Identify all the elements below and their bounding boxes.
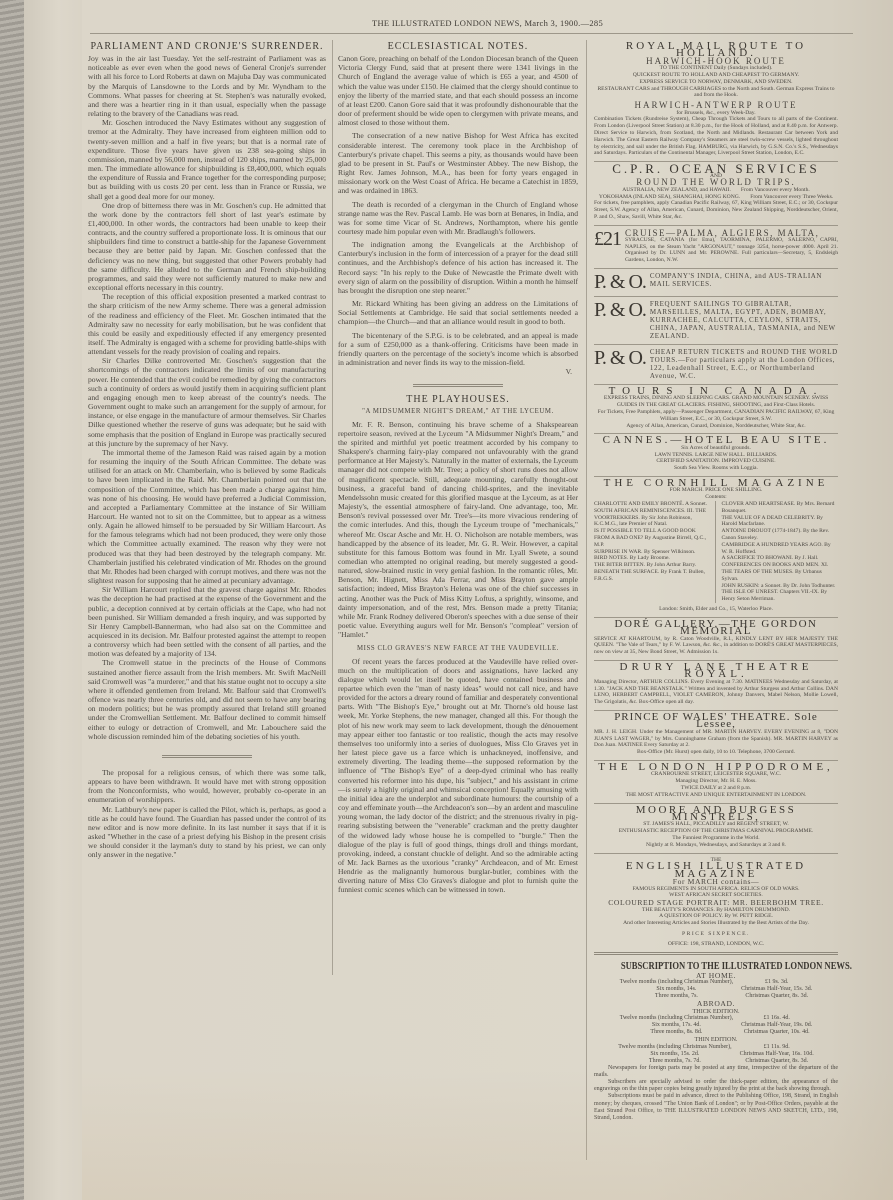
ad-royal-mail-route: ROYAL MAIL ROUTE TO HOLLAND. HARWICH-HOO… — [594, 40, 838, 162]
ad-details: SERVICE AT KHARTOUM, by R. Caton Woodvil… — [594, 636, 838, 656]
ad-cornhill-magazine: THE CORNHILL MAGAZINE FOR MARCH. PRICE O… — [594, 477, 838, 618]
rate-cell: Three months, 7s. 7d. — [614, 1058, 735, 1065]
ad-line: The Funniest Programme in the World. — [594, 835, 838, 842]
ad-title: CRUISE—PALMA, ALGIERS, MALTA, — [625, 229, 838, 237]
section-rule — [162, 755, 252, 758]
rates-table-thick: Twelve months (including Christmas Numbe… — [616, 1015, 817, 1036]
rate-cell: Christmas Half-Year, 16s. 10d. — [736, 1051, 818, 1058]
running-head: THE ILLUSTRATED LONDON NEWS, March 3, 19… — [82, 18, 893, 28]
article-paragraph: Mr. Goschen introduced the Navy Estimate… — [88, 118, 326, 200]
ad-drury-lane: DRURY LANE THEATRE ROYAL. Managing Direc… — [594, 661, 838, 711]
article-paragraph: Joy was in the air last Tuesday. Yet the… — [88, 54, 326, 118]
rates-table-home: Twelve months (including Christmas Numbe… — [616, 979, 817, 1000]
ad-line: COLOURED STAGE PORTRAIT: MR. BEERBOHM TR… — [594, 899, 838, 906]
ad-po-mail-services: P. & O.COMPANY'S INDIA, CHINA, and AUS-T… — [594, 269, 838, 297]
ad-subtitle: HARWICH-ANTWERP ROUTE — [594, 102, 838, 109]
ad-details: SYRACUSE, CATANIA (for Etna), TAORMINA, … — [625, 237, 838, 264]
article-paragraph: Canon Gore, preaching on behalf of the L… — [338, 54, 578, 127]
ad-cannes-hotel: CANNES.—HOTEL BEAU SITE. Six Acres of be… — [594, 434, 838, 477]
contents-item: ANTOINE DROUOT (1774-1847). By the Rev. … — [722, 528, 839, 542]
article-paragraph: The immortal theme of the Jameson Raid w… — [88, 448, 326, 585]
contents-item: IS IT POSSIBLE TO TELL A GOOD BOOK FROM … — [594, 528, 711, 548]
rate-cell: Twelve months (including Christmas Numbe… — [614, 1044, 735, 1051]
ad-text: CHEAP RETURN TICKETS and ROUND THE WORLD… — [650, 348, 838, 380]
article-paragraph: Sir Charles Dilke controverted Mr. Gosch… — [88, 356, 326, 448]
rate-cell: Christmas Half-Year, 19s. 0d. — [737, 1022, 816, 1029]
article-paragraph: The proposal for a religious census, of … — [88, 768, 326, 805]
rate-cell: Christmas Quarter, 8s. 3d. — [737, 993, 816, 1000]
ad-contents-label: Contents: — [594, 494, 838, 501]
contents-item: CLOVER AND HEARTSEASE. By Mrs. Bernard B… — [722, 501, 839, 515]
rate-cell: Christmas Half-Year, 15s. 3d. — [737, 986, 816, 993]
contents-item: THE VALUE OF A DEAD CELEBRITY. By Harold… — [722, 515, 839, 529]
rate-cell: Twelve months (including Christmas Numbe… — [616, 979, 737, 986]
article-title-playhouses: THE PLAYHOUSES. — [338, 395, 578, 404]
subscription-title: SUBSCRIPTION TO THE ILLUSTRATED LONDON N… — [621, 963, 811, 970]
ad-line: South Sea View. Rooms with Loggia. — [594, 465, 838, 472]
column-parliament: PARLIAMENT AND CRONJE'S SURRENDER. Joy w… — [88, 40, 326, 859]
column-divider-1 — [332, 40, 333, 975]
article-signature: V. — [338, 367, 578, 376]
ad-subtitle: ROUND THE WORLD TRIPS. — [594, 179, 838, 186]
ad-line: QUICKEST ROUTE TO HOLLAND AND CHEAPEST T… — [594, 72, 838, 79]
ad-text: FREQUENT SAILINGS TO GIBRALTAR, MARSEILL… — [650, 300, 838, 340]
column-divider-2 — [586, 40, 587, 1160]
ad-line: ST. JAMES'S HALL, PICCADILLY and REGENT … — [594, 821, 838, 828]
rate-cell: Six months, 17s. 4d. — [616, 1022, 737, 1029]
article-paragraph: The Cromwell statue in the precincts of … — [88, 658, 326, 740]
po-mark: P. & O. — [594, 300, 646, 320]
review-subtitle-vaudeville: MISS CLO GRAVES'S NEW FARCE AT THE VAUDE… — [338, 644, 578, 653]
ad-line: And other Interesting Articles and Stori… — [594, 920, 838, 927]
ad-title: DRURY LANE THEATRE ROYAL. — [594, 664, 838, 679]
rate-cell: £1 11s. 9d. — [736, 1044, 818, 1051]
ad-office: OFFICE: 198, STRAND, LONDON, W.C. — [594, 941, 838, 948]
ad-details: MR. J. H. LEIGH. Under the Management of… — [594, 729, 838, 749]
ad-moore-burgess: MOORE AND BURGESS MINSTRELS, ST. JAMES'S… — [594, 804, 838, 854]
ad-po-sailings: P. & O.FREQUENT SAILINGS TO GIBRALTAR, M… — [594, 297, 838, 345]
book-binding — [0, 0, 24, 1200]
ad-title: DORÉ GALLERY.—THE GORDON MEMORIAL — [594, 621, 838, 636]
rates-table-thin: Twelve months (including Christmas Numbe… — [614, 1044, 818, 1065]
ad-title: TOURS IN CANADA. — [594, 388, 838, 395]
ad-dore-gallery: DORÉ GALLERY.—THE GORDON MEMORIAL SERVIC… — [594, 618, 838, 661]
contents-item: CONFERENCES ON BOOKS AND MEN. XI. THE TE… — [722, 562, 839, 582]
article-paragraph: The death is recorded of a clergyman in … — [338, 200, 578, 237]
ad-route: AUSTRALIA, NEW ZEALAND, and HAWAII. — [622, 187, 731, 194]
contents-item: BENEATH THE SURFACE. By Frank T. Bullen,… — [594, 569, 711, 583]
head-rule — [90, 33, 853, 34]
contents-item: BIRD NOTES. By Lady Broome. — [594, 555, 711, 562]
contents-item: JOHN RUSKIN: a Sonnet. By Dr. John Todhu… — [722, 583, 839, 590]
article-paragraph: The reception of this official expositio… — [88, 292, 326, 356]
rate-cell: Six months, 14s. — [616, 986, 737, 993]
ad-line: ENTHUSIASTIC RECEPTION OF THE CHRISTMAS … — [594, 828, 838, 835]
ad-line: THE MOST ATTRACTIVE AND UNIQUE ENTERTAIN… — [594, 792, 838, 799]
article-paragraph: Of recent years the farces produced at t… — [338, 657, 578, 895]
ad-line: THE BEAUTY'S ROMANCES. By HAMILTON DRUMM… — [594, 907, 838, 914]
po-mark: P. & O. — [594, 348, 646, 368]
ad-line: CERTIFIED SANITATION. IMPROVED CUISINE. — [594, 458, 838, 465]
subscription-edition: THICK EDITION. — [594, 1008, 838, 1015]
ad-title: CANNES.—HOTEL BEAU SITE. — [594, 437, 838, 444]
ad-line: For Tickets, Free Pamphlets, apply—Passe… — [594, 409, 838, 423]
contents-list: CHARLOTTE AND EMILY BRONTË. A Sonnet. SO… — [594, 501, 838, 603]
newspaper-page: THE ILLUSTRATED LONDON NEWS, March 3, 19… — [82, 0, 893, 1200]
ad-english-illustrated: THE ENGLISH ILLUSTRATED MAGAZINE For MAR… — [594, 854, 838, 955]
ad-line: Box-Office (Mr. Hurst) open daily, 10 to… — [594, 749, 838, 756]
po-mark: P. & O. — [594, 272, 646, 292]
review-subtitle-lyceum: "A MIDSUMMER NIGHT'S DREAM," AT THE LYCE… — [338, 407, 578, 416]
ad-title: THE LONDON HIPPODROME, — [594, 764, 838, 771]
ad-line: FAMOUS REGIMENTS IN SOUTH AFRICA. RELICS… — [594, 886, 838, 893]
page-stain — [82, 1070, 893, 1200]
ad-price: PRICE SIXPENCE. — [594, 931, 838, 938]
ad-title: MOORE AND BURGESS MINSTRELS, — [594, 807, 838, 822]
contents-item: SURPRISE IN WAR. By Spenser Wilkinson. — [594, 549, 711, 556]
ad-london-hippodrome: THE LONDON HIPPODROME, CRANBOURNE STREET… — [594, 761, 838, 804]
ad-title: C.P.R. OCEAN SERVICES — [594, 165, 838, 172]
article-paragraph: Mr. Lathbury's new paper is called the P… — [88, 805, 326, 860]
ad-po-return-tickets: P. & O.CHEAP RETURN TICKETS and ROUND TH… — [594, 345, 838, 385]
article-paragraph: Mr. F. R. Benson, continuing his brave s… — [338, 420, 578, 640]
rate-cell: Six months, 15s. 2d. — [614, 1051, 735, 1058]
article-paragraph: Mr. Rickard Whiting has been giving an a… — [338, 299, 578, 326]
ad-publisher: London: Smith, Elder and Co., 15, Waterl… — [594, 606, 838, 613]
ad-route-frequency: From Vancouver every Month. — [741, 187, 810, 194]
ad-title: ENGLISH ILLUSTRATED MAGAZINE — [594, 863, 838, 878]
ad-line: EXPRESS SERVICE TO NORWAY, DENMARK, AND … — [594, 79, 838, 86]
ad-line: TWICE DAILY at 2 and 8 p.m. — [594, 785, 838, 792]
ad-line: EXPRESS TRAINS, DINING AND SLEEPING CARS… — [594, 395, 838, 409]
ad-line: RESTAURANT CARS and THROUGH CARRIAGES to… — [594, 86, 838, 100]
contents-item: THE ISLE OF UNREST. Chapters VII.-IX. By… — [722, 589, 839, 603]
ad-line: TO THE CONTINENT Daily (Sundays included… — [594, 65, 838, 72]
ad-price: £21 — [594, 229, 621, 249]
article-paragraph: The indignation among the Evangelicals a… — [338, 240, 578, 295]
ad-cruise: £21 CRUISE—PALMA, ALGIERS, MALTA, SYRACU… — [594, 226, 838, 269]
rate-cell: Christmas Quarter, 10s. 4d. — [737, 1029, 816, 1036]
ad-line: LAWN TENNIS. LARGE NEW HALL. BILLIARDS. — [594, 452, 838, 459]
section-rule — [413, 384, 503, 387]
ad-details: Managing Director, ARTHUR COLLINS. Every… — [594, 679, 838, 706]
article-paragraph: The consecration of a new native Bishop … — [338, 131, 578, 195]
ad-details: For tickets, free pamphlets, apply Canad… — [594, 200, 838, 220]
ad-line: Agency of Allan, American, Cunard, Domin… — [594, 423, 838, 430]
article-title-ecclesiastical: ECCLESIASTICAL NOTES. — [338, 42, 578, 51]
contents-item: CHARLOTTE AND EMILY BRONTË. A Sonnet. — [594, 501, 711, 508]
rate-cell: Three months, 8s. 8d. — [616, 1029, 737, 1036]
ad-subtitle: For MARCH contains— — [594, 878, 838, 885]
ad-title: THE CORNHILL MAGAZINE — [594, 480, 838, 487]
article-paragraph: Sir William Harcourt replied that the gr… — [88, 585, 326, 658]
ad-tours-canada: TOURS IN CANADA. EXPRESS TRAINS, DINING … — [594, 385, 838, 434]
rate-cell: Christmas Quarter, 8s. 3d. — [736, 1058, 818, 1065]
ad-line: Managing Director, Mr. H. E. Moss. — [594, 778, 838, 785]
ad-prince-of-wales: PRINCE OF WALES' THEATRE. Sole Lessee, M… — [594, 711, 838, 761]
contents-item: SOUTH AFRICAN REMINISCENCES. III. THE VO… — [594, 508, 711, 528]
ad-title: PRINCE OF WALES' THEATRE. Sole Lessee, — [594, 714, 838, 729]
subscription-heading: ABROAD. — [594, 1000, 838, 1007]
rate-cell: Twelve months (including Christmas Numbe… — [616, 1015, 737, 1022]
article-paragraph: One drop of bitterness there was in Mr. … — [88, 201, 326, 293]
ad-cpr-ocean-services: C.P.R. OCEAN SERVICES AND ROUND THE WORL… — [594, 162, 838, 226]
article-paragraph: The bicentenary of the S.P.G. is to be c… — [338, 331, 578, 368]
subscription-edition: THIN EDITION. — [594, 1036, 838, 1043]
contents-item: A SACRIFICE TO BHOWANI. By J. Hall. — [722, 555, 839, 562]
column-advertisements: ROYAL MAIL ROUTE TO HOLLAND. HARWICH-HOO… — [594, 40, 838, 1122]
contents-item: CAMBRIDGE A HUNDRED YEARS AGO. By W. R. … — [722, 542, 839, 556]
ad-text: COMPANY'S INDIA, CHINA, and AUS-TRALIAN … — [650, 272, 838, 288]
column-ecclesiastical: ECCLESIASTICAL NOTES. Canon Gore, preach… — [338, 40, 578, 895]
ad-details: Combination Tickets (Rundreise System), … — [594, 116, 838, 157]
article-title-parliament: PARLIAMENT AND CRONJE'S SURRENDER. — [88, 42, 326, 51]
contents-item: THE BITER BITTEN. By John Arthur Barry. — [594, 562, 711, 569]
page-gutter — [24, 0, 82, 1200]
ad-line: Nightly at 8. Mondays, Wednesdays, and S… — [594, 842, 838, 849]
